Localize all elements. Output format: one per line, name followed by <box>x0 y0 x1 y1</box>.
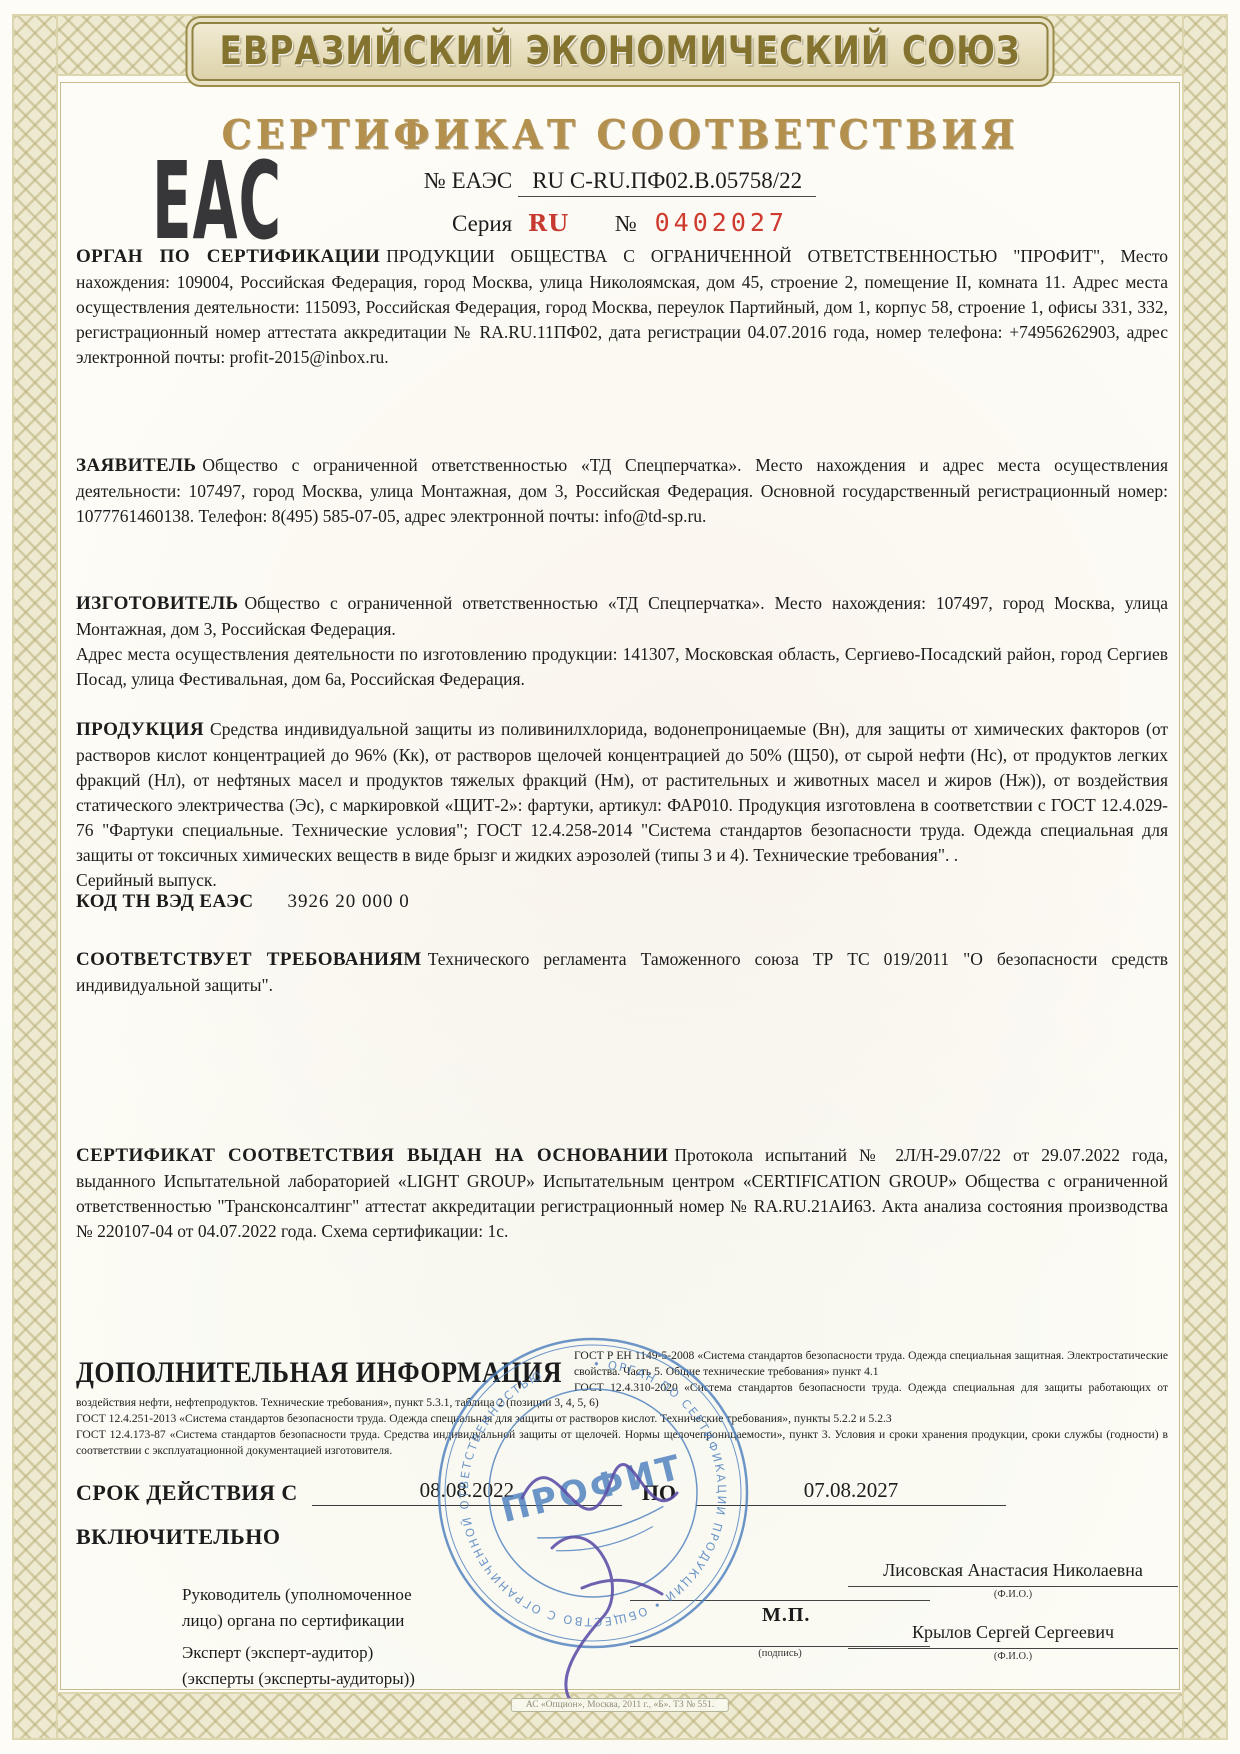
union-name: ЕВРАЗИЙСКИЙ ЭКОНОМИЧЕСКИЙ СОЮЗ <box>220 27 1021 73</box>
section-issued-on-basis: СЕРТИФИКАТ СООТВЕТСТВИЯ ВЫДАН НА ОСНОВАН… <box>76 1142 1168 1244</box>
section-applicant-label: ЗАЯВИТЕЛЬ <box>76 455 202 476</box>
guilloche-border-left <box>12 14 58 1740</box>
tnved-code-value: 3926 20 000 0 <box>287 891 409 912</box>
head-name-block: Лисовская Анастасия Николаевна (Ф.И.О.) <box>848 1560 1178 1600</box>
section-certification-body-label: ОРГАН ПО СЕРТИФИКАЦИИ <box>76 246 386 267</box>
tnved-code-label: КОД ТН ВЭД ЕАЭС <box>76 891 259 912</box>
section-applicant: ЗАЯВИТЕЛЬОбщество с ограниченной ответст… <box>76 452 1168 529</box>
fio-caption: (Ф.И.О.) <box>848 1651 1178 1662</box>
section-product: ПРОДУКЦИЯСредства индивидуальной защиты … <box>76 716 1168 893</box>
series-value: RU <box>528 210 569 237</box>
section-conformity-label: СООТВЕТСТВУЕТ ТРЕБОВАНИЯМ <box>76 949 428 970</box>
certificate-number-row: № ЕАЭСRU С-RU.ПФ02.В.05758/22 <box>0 168 1240 194</box>
cert-number-value: RU С-RU.ПФ02.В.05758/22 <box>518 168 816 197</box>
section-manufacturer-label: ИЗГОТОВИТЕЛЬ <box>76 593 244 614</box>
series-row: Серия RU № 0402027 <box>0 208 1240 237</box>
blank-number-value: 0402027 <box>655 208 788 237</box>
handwritten-signature <box>462 1408 762 1708</box>
certificate-page: ЕВРАЗИЙСКИЙ ЭКОНОМИЧЕСКИЙ СОЮЗ ЕАС СЕРТИ… <box>0 0 1240 1754</box>
section-manufacturer: ИЗГОТОВИТЕЛЬОбщество с ограниченной отве… <box>76 590 1168 692</box>
section-tnved-code: КОД ТН ВЭД ЕАЭС3926 20 000 0 <box>76 888 1168 915</box>
validity-from-label: СРОК ДЕЙСТВИЯ С <box>76 1480 298 1506</box>
section-conformity: СООТВЕТСТВУЕТ ТРЕБОВАНИЯМТехнического ре… <box>76 946 1168 998</box>
head-name: Лисовская Анастасия Николаевна <box>848 1560 1178 1587</box>
expert-name-block: Крылов Сергей Сергеевич (Ф.И.О.) <box>848 1622 1178 1662</box>
union-banner: ЕВРАЗИЙСКИЙ ЭКОНОМИЧЕСКИЙ СОЮЗ <box>192 22 1049 81</box>
fio-caption: (Ф.И.О.) <box>848 1589 1178 1600</box>
seal-place-abbr: М.П. <box>762 1604 810 1627</box>
cert-number-label: № ЕАЭС <box>424 168 512 193</box>
section-applicant-text: Общество с ограниченной ответственностью… <box>76 455 1168 526</box>
printer-imprint: АС «Опцион», Москва, 2011 г., «Б». ТЗ № … <box>511 1698 729 1712</box>
certificate-title: СЕРТИФИКАТ СООТВЕТСТВИЯ <box>0 111 1240 158</box>
series-label: Серия <box>452 211 512 236</box>
section-issued-on-basis-label: СЕРТИФИКАТ СООТВЕТСТВИЯ ВЫДАН НА ОСНОВАН… <box>76 1145 674 1166</box>
blank-number-label: № <box>615 211 637 236</box>
section-product-text: Средства индивидуальной защиты из поливи… <box>76 719 1168 890</box>
section-product-label: ПРОДУКЦИЯ <box>76 719 210 740</box>
expert-name: Крылов Сергей Сергеевич <box>848 1622 1178 1649</box>
guilloche-border-right <box>1182 14 1228 1740</box>
section-certification-body: ОРГАН ПО СЕРТИФИКАЦИИПРОДУКЦИИ ОБЩЕСТВА … <box>76 243 1168 370</box>
